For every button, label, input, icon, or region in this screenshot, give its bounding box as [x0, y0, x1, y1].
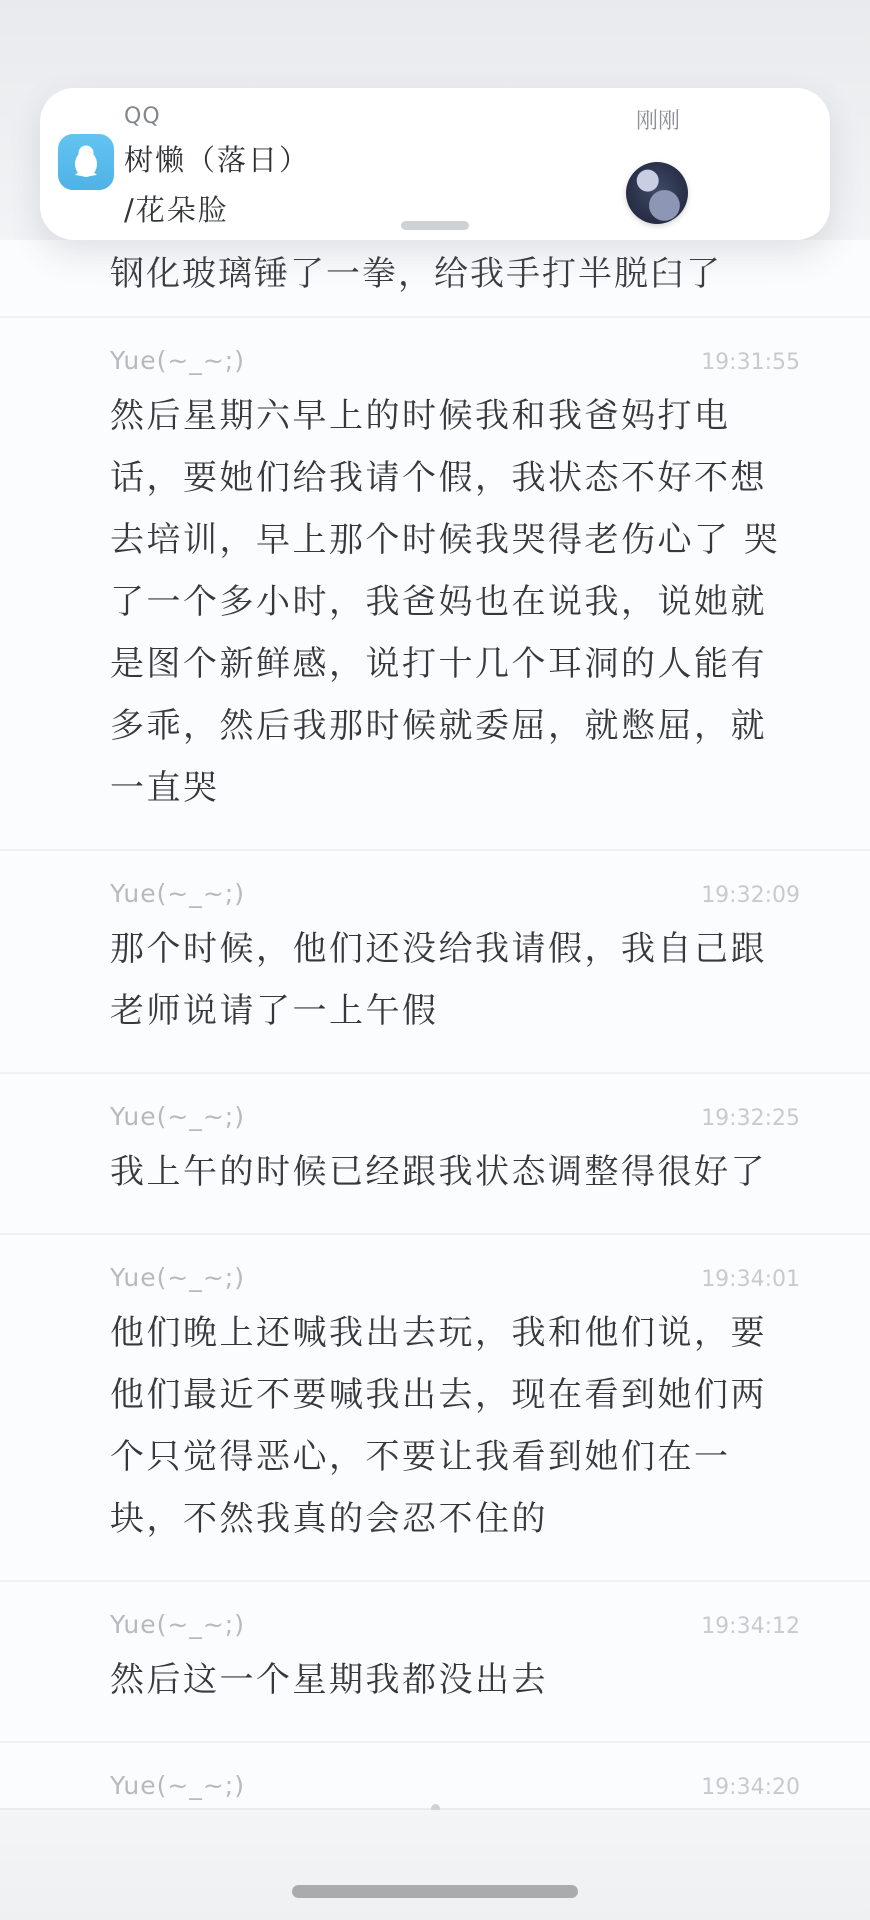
- notification-app-name: QQ: [124, 104, 161, 129]
- message-header: Yue(~_~;) 19:31:55: [110, 346, 800, 375]
- message-header: Yue(~_~;) 19:32:25: [110, 1102, 800, 1131]
- notification-title: 树懒（落日）: [124, 138, 310, 179]
- bottom-bar: [0, 1810, 870, 1920]
- message-timestamp: 19:32:25: [701, 1106, 800, 1131]
- message-block: Yue(~_~;) 19:32:09 那个时候，他们还没给我请假，我自己跟老师说…: [0, 849, 870, 1072]
- partial-covered-message: 钢化玻璃锤了一拳，给我手打半脱臼了: [110, 248, 800, 300]
- sender-avatar: [626, 162, 688, 224]
- message-header: Yue(~_~;) 19:34:01: [110, 1263, 800, 1292]
- message-header: Yue(~_~;) 19:34:20: [110, 1771, 800, 1800]
- message-sender: Yue(~_~;): [110, 1610, 245, 1639]
- message-sender: Yue(~_~;): [110, 1263, 245, 1292]
- message-header: Yue(~_~;) 19:32:09: [110, 879, 800, 908]
- message-timestamp: 19:31:55: [701, 350, 800, 375]
- message-text: 那个时候，他们还没给我请假，我自己跟老师说请了一上午假: [110, 918, 800, 1042]
- notification-drag-handle[interactable]: [401, 221, 469, 230]
- message-sender: Yue(~_~;): [110, 879, 245, 908]
- message-block: Yue(~_~;) 19:31:55 然后星期六早上的时候我和我爸妈打电话，要她…: [0, 316, 870, 849]
- qq-penguin-icon: [58, 134, 114, 190]
- chat-message-list: Yue(~_~;) 19:31:55 然后星期六早上的时候我和我爸妈打电话，要她…: [0, 316, 870, 1902]
- home-indicator-bar[interactable]: [292, 1885, 578, 1898]
- message-text: 他们晚上还喊我出去玩，我和他们说，要他们最近不要喊我出去，现在看到她们两个只觉得…: [110, 1302, 800, 1550]
- message-sender: Yue(~_~;): [110, 1771, 245, 1800]
- message-block: Yue(~_~;) 19:32:25 我上午的时候已经跟我状态调整得很好了: [0, 1072, 870, 1233]
- message-sender: Yue(~_~;): [110, 346, 245, 375]
- message-block: Yue(~_~;) 19:34:12 然后这一个星期我都没出去: [0, 1580, 870, 1741]
- message-text: 我上午的时候已经跟我状态调整得很好了: [110, 1141, 800, 1203]
- qq-notification-card[interactable]: QQ 刚刚 树懒（落日） /花朵脸: [40, 88, 830, 240]
- message-header: Yue(~_~;) 19:34:12: [110, 1610, 800, 1639]
- message-timestamp: 19:34:12: [701, 1614, 800, 1639]
- message-text: 然后星期六早上的时候我和我爸妈打电话，要她们给我请个假，我状态不好不想去培训，早…: [110, 385, 800, 819]
- message-text: 然后这一个星期我都没出去: [110, 1649, 800, 1711]
- message-block: Yue(~_~;) 19:34:01 他们晚上还喊我出去玩，我和他们说，要他们最…: [0, 1233, 870, 1580]
- message-timestamp: 19:34:01: [701, 1267, 800, 1292]
- message-timestamp: 19:32:09: [701, 883, 800, 908]
- notification-message: /花朵脸: [124, 188, 229, 229]
- notification-time: 刚刚: [636, 104, 680, 135]
- message-timestamp: 19:34:20: [701, 1775, 800, 1800]
- message-sender: Yue(~_~;): [110, 1102, 245, 1131]
